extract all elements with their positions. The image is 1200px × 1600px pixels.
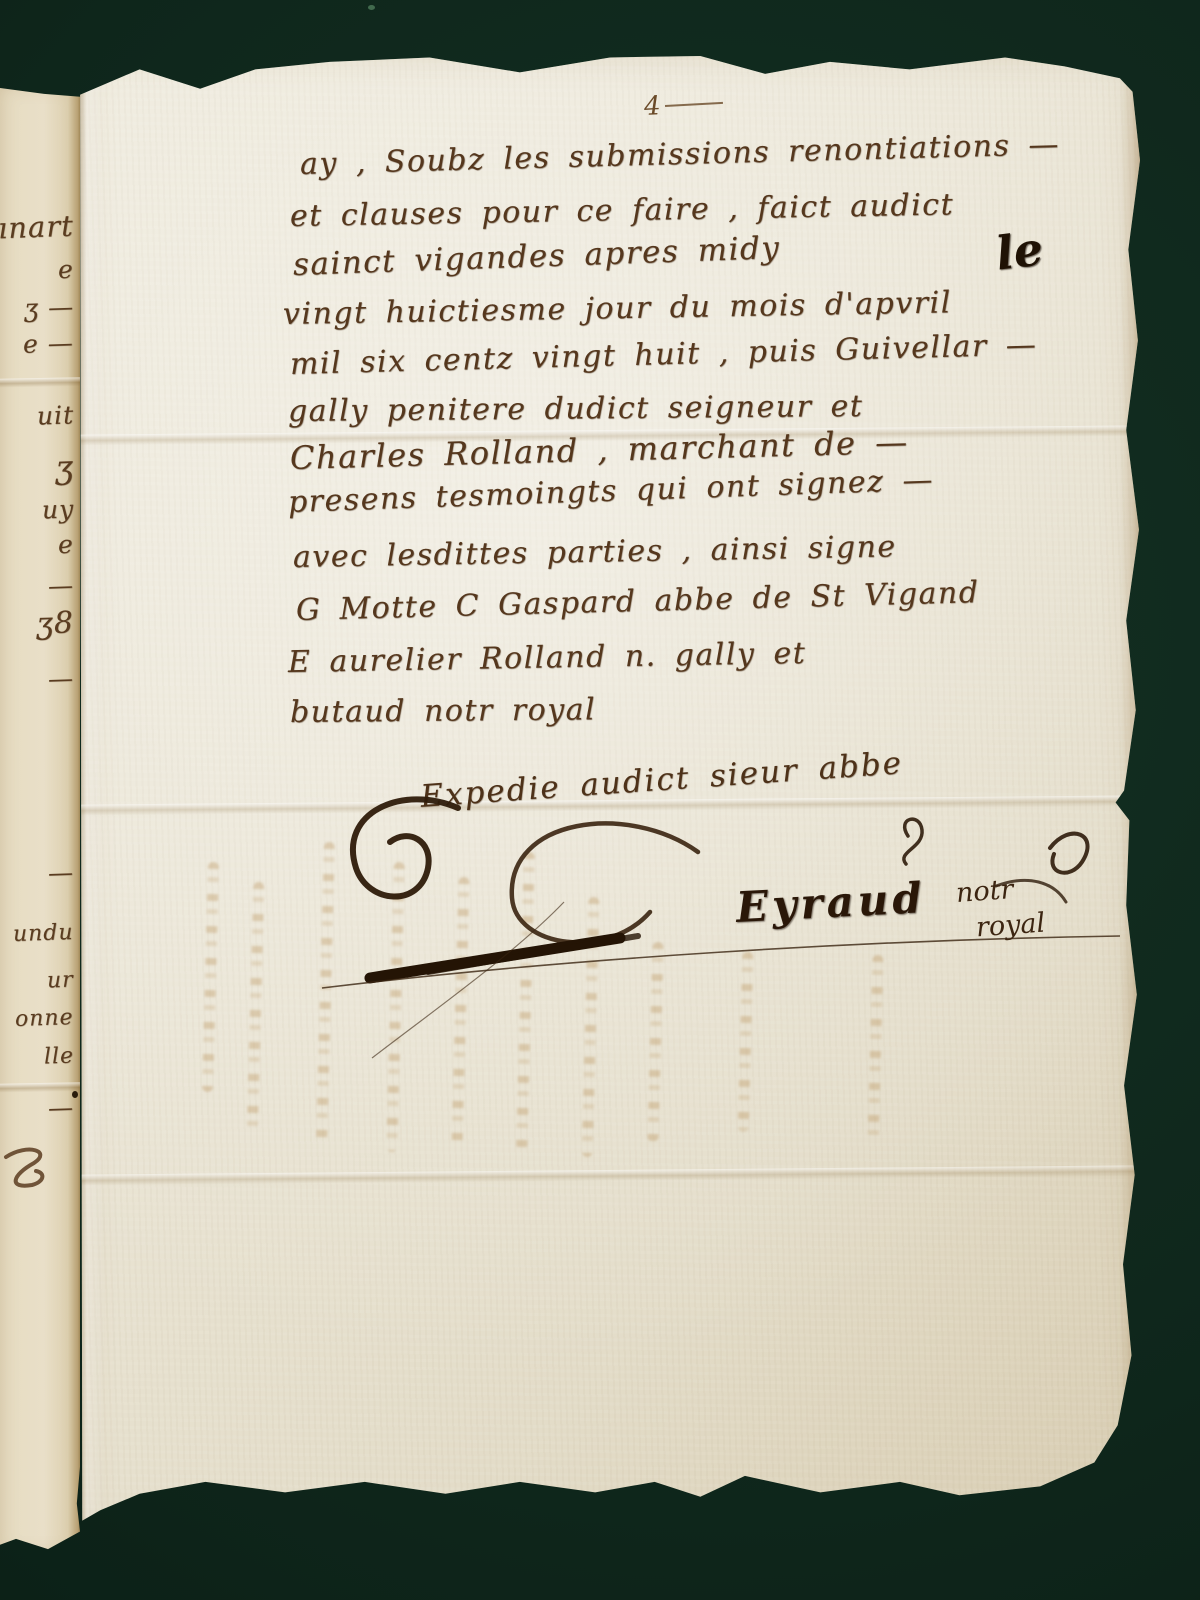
dust-speck — [368, 5, 375, 10]
left-page-text-fragment: lle — [44, 1045, 75, 1068]
left-page-text-fragment: ınart — [0, 212, 74, 244]
left-page-text-fragment: onne — [15, 1007, 74, 1031]
emphasized-word: le — [993, 225, 1045, 276]
manuscript-text-line: sainct vigandes apres midy — [292, 233, 780, 281]
ink-bleedthrough-mark — [247, 882, 265, 1137]
left-page-text-fragment: ʒ — — [24, 294, 75, 321]
manuscript-text-line: G Motte C Gaspard abbe de St Vigand — [296, 578, 980, 626]
left-page-text-fragment: e — — [23, 330, 75, 357]
left-page-text-fragment: undu — [13, 922, 74, 946]
manuscript-text-line: butaud notr royal — [290, 695, 596, 728]
left-page-text-fragment: — — [48, 666, 75, 692]
signature-title: royal — [975, 910, 1046, 942]
left-page-text-fragment: uy — [41, 496, 74, 522]
left-page-text-fragment: uit — [36, 402, 74, 428]
left-page-text-fragment: — — [48, 573, 75, 599]
manuscript-text-line: avec lesdittes parties , ainsi signe — [293, 532, 897, 573]
left-page-text-fragment: ʒ8 — [35, 608, 74, 639]
notary-signature: Eyraud notr royal — [308, 790, 1168, 1090]
left-page-text-fragment: e — [58, 257, 75, 283]
folio-underline-stroke — [665, 102, 723, 107]
manuscript-text-line: mil six centz vingt huit , puis Guivella… — [290, 330, 1038, 380]
signature-paraph-flourish — [308, 790, 1168, 1090]
manuscript-text-line: E aurelier Rolland n. gally et — [288, 639, 807, 678]
signature-title: notr — [955, 876, 1014, 907]
fold-crease — [78, 1165, 1140, 1185]
folio-number-digit: 4 — [643, 93, 661, 120]
left-page-text-fragment: e — [58, 532, 75, 558]
signature-name: Eyraud — [735, 877, 927, 929]
adjacent-page-edge: ınart e ʒ — e — uit ʒ uy e — ʒ8 — — undu… — [0, 85, 80, 1555]
paraph-flourish — [0, 1143, 60, 1203]
ink-bleedthrough-mark — [202, 862, 219, 1092]
fold-crease — [0, 377, 80, 387]
left-page-text-fragment: ʒ — [54, 451, 74, 484]
fold-crease — [0, 1082, 80, 1092]
left-page-text-fragment: ur — [47, 970, 74, 993]
manuscript-text-line: vingt huictiesme jour du mois d'apvril — [283, 288, 952, 330]
manuscript-photograph: ınart e ʒ — e — uit ʒ uy e — ʒ8 — — undu… — [0, 0, 1200, 1600]
manuscript-page: 4 ay , Soubz les submissions renontiatio… — [78, 50, 1140, 1540]
left-page-text-fragment: — — [48, 860, 75, 886]
manuscript-text-line: gally penitere dudict seigneur et — [288, 392, 864, 427]
folio-number: 4 — [643, 90, 723, 120]
manuscript-text-line: et clauses pour ce faire , faict audict — [290, 190, 955, 232]
manuscript-text-line: ay , Soubz les submissions renontiations… — [300, 130, 1061, 180]
left-page-text-fragment: — — [48, 1095, 75, 1121]
